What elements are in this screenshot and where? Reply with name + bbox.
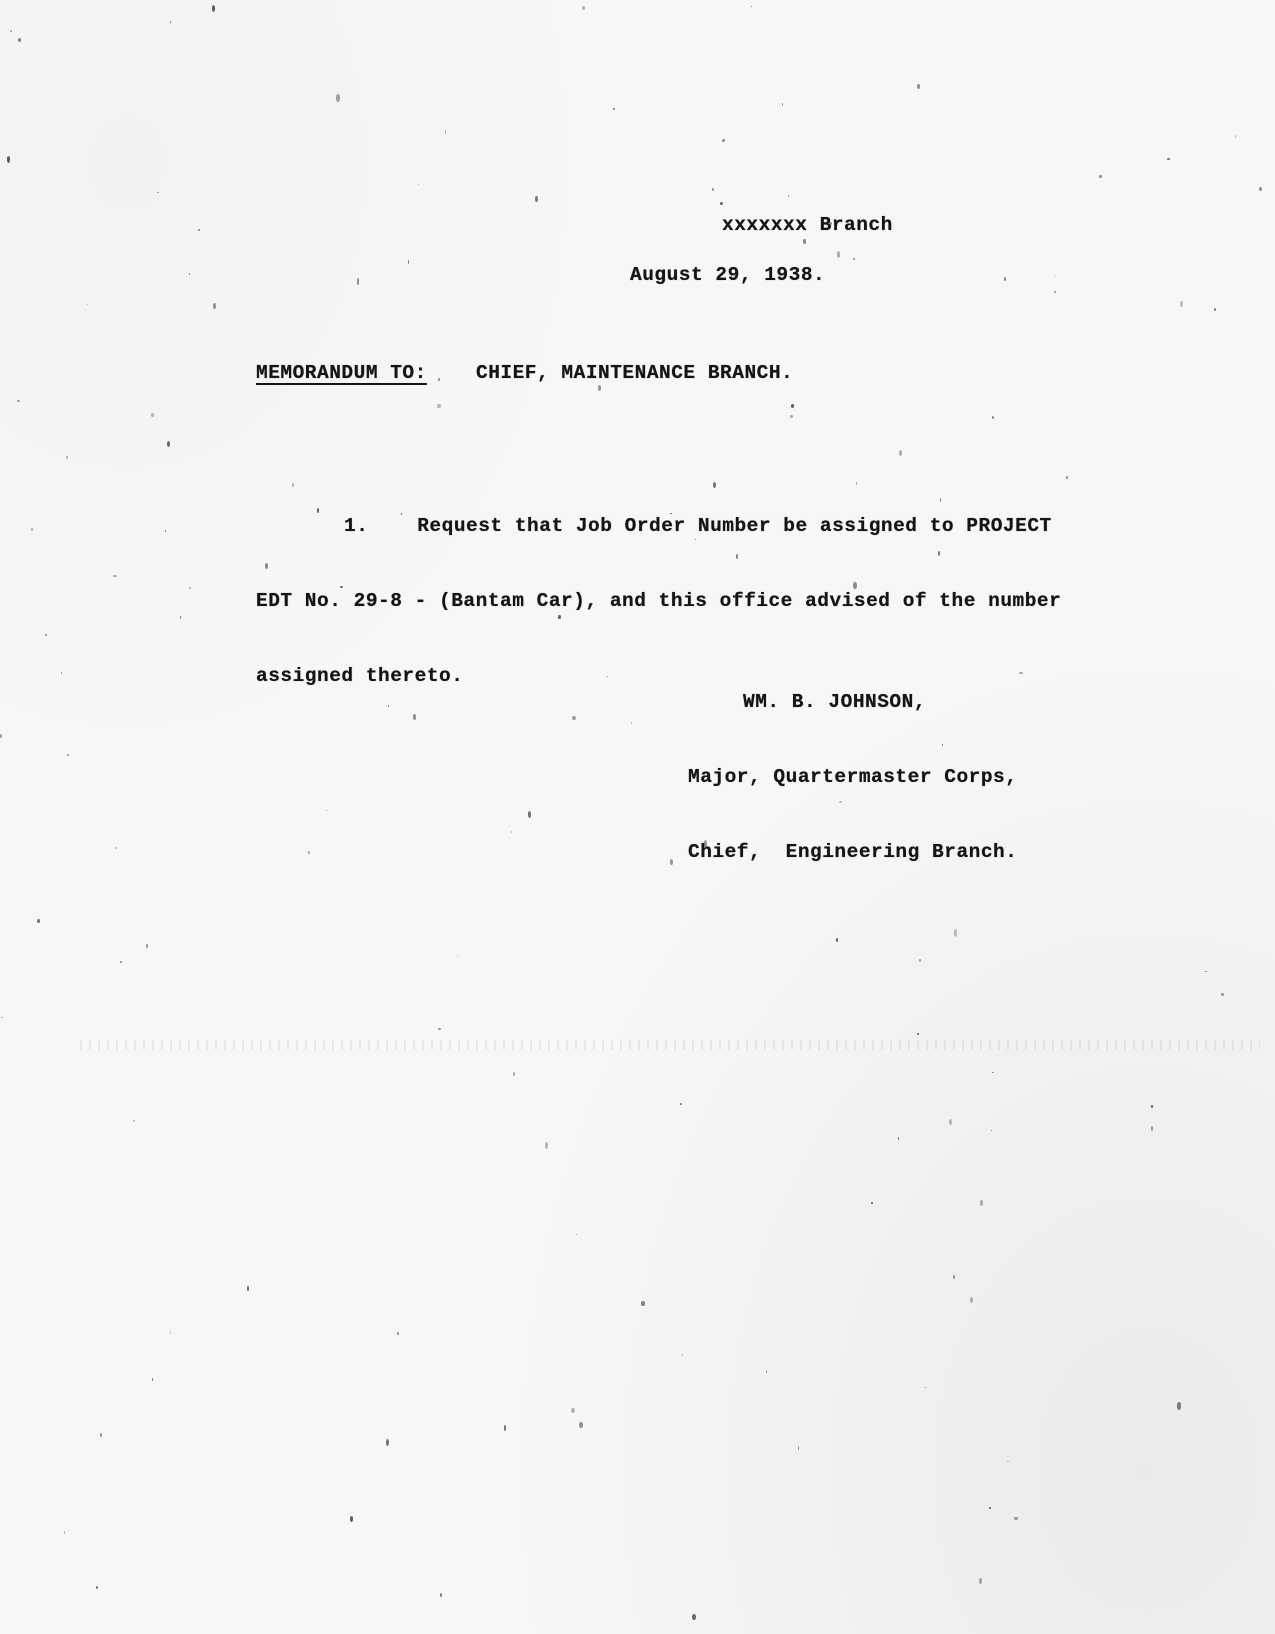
scan-speck bbox=[151, 413, 154, 417]
scan-speck bbox=[170, 21, 171, 24]
scan-speck bbox=[836, 938, 838, 942]
scan-speck bbox=[991, 1130, 993, 1132]
scan-speck bbox=[336, 94, 339, 102]
scan-speck bbox=[917, 1033, 919, 1035]
scan-speck bbox=[791, 404, 794, 408]
memo-recipient: CHIEF, MAINTENANCE BRANCH. bbox=[476, 361, 793, 386]
scan-speck bbox=[782, 103, 784, 106]
paragraph-number: 1. bbox=[344, 515, 368, 537]
scan-speck bbox=[64, 1531, 65, 1535]
scan-speck bbox=[942, 744, 943, 746]
scan-speck bbox=[1180, 301, 1183, 307]
paragraph-first-line: 1. Request that Job Order Number be assi… bbox=[256, 514, 1061, 539]
memo-date: August 29, 1938. bbox=[630, 263, 825, 288]
scan-speck bbox=[992, 1072, 994, 1073]
scan-speck bbox=[265, 563, 268, 569]
scan-speck bbox=[839, 801, 841, 803]
scan-speck bbox=[949, 1119, 952, 1125]
scan-speck bbox=[925, 1387, 926, 1388]
scan-speck bbox=[67, 754, 69, 756]
scan-speck bbox=[598, 385, 601, 391]
scan-speck bbox=[152, 1378, 153, 1381]
scan-streak bbox=[80, 1040, 1260, 1050]
scan-speck bbox=[18, 38, 21, 42]
scan-speck bbox=[992, 416, 994, 419]
scan-speck bbox=[576, 1234, 577, 1235]
scan-speck bbox=[113, 575, 116, 578]
scan-speck bbox=[438, 1028, 440, 1030]
paragraph-line-2: EDT No. 29-8 - (Bantam Car), and this of… bbox=[256, 589, 1061, 614]
scan-speck bbox=[350, 1516, 353, 1521]
memo-to-label: MEMORANDUM TO: bbox=[256, 361, 427, 386]
scan-speck bbox=[582, 6, 584, 10]
scan-speck bbox=[692, 1614, 695, 1620]
scan-speck bbox=[445, 130, 447, 135]
scan-speck bbox=[513, 1072, 515, 1076]
scan-speck bbox=[189, 587, 191, 589]
scan-speck bbox=[386, 1439, 389, 1446]
scan-speck bbox=[680, 1103, 682, 1105]
scan-speck bbox=[970, 1297, 973, 1303]
scan-speck bbox=[167, 441, 170, 447]
scan-speck bbox=[1007, 1461, 1008, 1462]
scan-speck bbox=[157, 192, 159, 194]
scan-speck bbox=[535, 196, 537, 202]
scan-speck bbox=[1205, 971, 1207, 973]
scan-speck bbox=[980, 1200, 983, 1205]
scan-speck bbox=[1054, 291, 1056, 294]
scan-speck bbox=[0, 734, 2, 738]
scan-speck bbox=[340, 586, 343, 588]
paragraph-line-1: Request that Job Order Number be assigne… bbox=[417, 515, 1052, 537]
scan-speck bbox=[798, 1446, 800, 1450]
scan-speck bbox=[1099, 175, 1101, 178]
scan-speck bbox=[1151, 1105, 1153, 1108]
scan-speck bbox=[1177, 1402, 1180, 1409]
signature-block: WM. B. JOHNSON, Major, Quartermaster Cor… bbox=[688, 640, 1017, 915]
scan-speck bbox=[979, 1578, 981, 1584]
scan-speck bbox=[213, 303, 216, 308]
scan-speck bbox=[66, 456, 68, 460]
scan-speck bbox=[87, 304, 88, 305]
scan-speck bbox=[212, 5, 215, 12]
scan-speck bbox=[712, 188, 714, 190]
scan-speck bbox=[180, 616, 181, 619]
scan-speck bbox=[1004, 277, 1006, 281]
scan-speck bbox=[558, 615, 561, 619]
scan-speck bbox=[100, 1433, 102, 1437]
scan-speck bbox=[1259, 187, 1262, 192]
scan-speck bbox=[511, 831, 513, 833]
scan-speck bbox=[326, 810, 327, 812]
scan-speck bbox=[308, 851, 310, 854]
scan-speck bbox=[528, 811, 531, 817]
scan-speck bbox=[408, 260, 410, 265]
scan-speck bbox=[682, 1354, 683, 1356]
scan-speck bbox=[572, 716, 575, 719]
scan-speck bbox=[7, 156, 10, 162]
scan-speck bbox=[504, 1425, 507, 1431]
signature-title: Chief, Engineering Branch. bbox=[688, 840, 1017, 865]
scan-speck bbox=[17, 400, 20, 402]
scan-speck bbox=[766, 1370, 767, 1373]
scan-speck bbox=[438, 378, 440, 382]
scan-speck bbox=[1167, 158, 1170, 161]
scan-speck bbox=[788, 195, 790, 197]
scan-speck bbox=[953, 1275, 955, 1278]
scan-speck bbox=[247, 1286, 250, 1291]
scan-speck bbox=[133, 1120, 135, 1122]
scan-speck bbox=[146, 944, 148, 948]
scan-speck bbox=[10, 30, 13, 33]
scan-speck bbox=[61, 672, 62, 674]
scan-speck bbox=[1235, 135, 1236, 138]
scan-speck bbox=[45, 634, 47, 636]
scan-speck bbox=[317, 508, 319, 513]
scan-speck bbox=[413, 714, 416, 719]
scan-speck bbox=[898, 1137, 899, 1140]
scan-speck bbox=[837, 251, 840, 258]
scan-speck bbox=[1151, 1126, 1153, 1131]
scan-speck bbox=[899, 450, 902, 455]
scan-speck bbox=[853, 258, 855, 261]
scan-speck bbox=[720, 202, 722, 205]
scan-speck bbox=[440, 1593, 442, 1597]
scan-speck bbox=[545, 1142, 548, 1148]
scan-speck bbox=[704, 840, 707, 847]
scan-speck bbox=[917, 84, 920, 88]
scan-speck bbox=[670, 859, 673, 864]
scan-speck bbox=[1221, 993, 1224, 997]
signature-name: WM. B. JOHNSON, bbox=[688, 690, 1017, 715]
scan-speck bbox=[829, 222, 832, 225]
scan-speck bbox=[170, 1331, 171, 1334]
scan-speck bbox=[641, 1301, 644, 1306]
scan-speck bbox=[357, 278, 360, 285]
scan-speck bbox=[1214, 308, 1216, 311]
scan-speck bbox=[853, 582, 856, 589]
scan-speck bbox=[418, 184, 419, 186]
scan-speck bbox=[571, 1408, 574, 1413]
scan-speck bbox=[1014, 1517, 1017, 1521]
scan-speck bbox=[165, 530, 166, 532]
scan-speck bbox=[1066, 476, 1067, 479]
scan-speck bbox=[790, 415, 792, 418]
scan-speck bbox=[96, 1586, 98, 1590]
scan-speck bbox=[989, 1507, 990, 1509]
scan-speck bbox=[751, 6, 753, 8]
scan-speck bbox=[457, 955, 458, 957]
scan-speck bbox=[722, 139, 725, 142]
scan-speck bbox=[871, 1202, 873, 1204]
scanned-page: xxxxxxx Branch August 29, 1938. MEMORAND… bbox=[0, 0, 1275, 1634]
scan-speck bbox=[613, 108, 615, 109]
scan-speck bbox=[803, 239, 805, 244]
scan-speck bbox=[437, 404, 440, 408]
scan-speck bbox=[115, 847, 117, 849]
scan-speck bbox=[1019, 672, 1022, 675]
scan-speck bbox=[198, 229, 200, 231]
scan-speck bbox=[397, 1332, 399, 1335]
scan-speck bbox=[1, 1017, 2, 1018]
scan-speck bbox=[37, 919, 39, 924]
scan-speck bbox=[919, 959, 920, 962]
scan-speck bbox=[1055, 275, 1057, 276]
signature-rank: Major, Quartermaster Corps, bbox=[688, 765, 1017, 790]
scan-speck bbox=[120, 961, 121, 963]
branch-heading: xxxxxxx Branch bbox=[722, 213, 893, 238]
scan-speck bbox=[954, 929, 957, 937]
scan-speck bbox=[189, 273, 190, 275]
scan-speck bbox=[31, 528, 33, 531]
scan-speck bbox=[579, 1422, 582, 1428]
